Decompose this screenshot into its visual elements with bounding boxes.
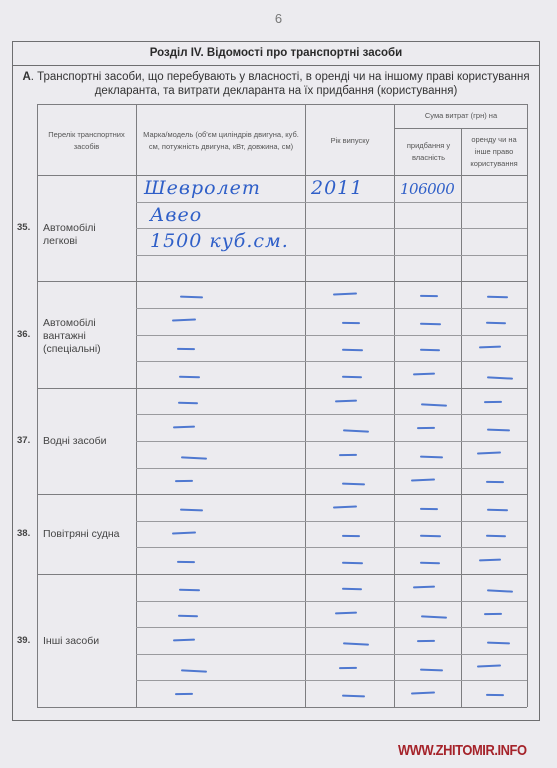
section-label: Автомобілі вантажні (спеціальні) [43, 317, 131, 356]
row-line [136, 308, 527, 309]
row-line [136, 627, 527, 628]
dash-mark [487, 376, 513, 379]
row-line [136, 654, 527, 655]
dash-mark [420, 616, 446, 619]
dash-mark [486, 535, 506, 537]
vehicles-table: Перелік транспортних засобів Марка/модел… [37, 104, 527, 708]
handwritten-year: 2011 [311, 177, 363, 199]
dash-mark [484, 400, 502, 402]
row-line [136, 441, 527, 442]
dash-mark [181, 669, 207, 672]
dash-mark [179, 296, 202, 299]
dash-mark [486, 296, 507, 299]
dash-mark [172, 319, 196, 322]
dash-mark [342, 562, 363, 565]
dash-mark [420, 295, 438, 297]
section-number: 37. [17, 435, 30, 446]
header-year: Рік випуску [307, 108, 393, 174]
dash-mark [175, 480, 193, 482]
dash-mark [335, 612, 357, 615]
dash-mark [178, 588, 199, 591]
handwritten-model: Авео [150, 204, 202, 226]
handwritten-model: 1500 куб.см. [150, 230, 289, 252]
dash-mark [486, 508, 507, 511]
row-line [136, 521, 527, 522]
row-line [136, 202, 527, 203]
dash-mark [339, 454, 357, 456]
dash-mark [487, 589, 513, 592]
dash-mark [486, 694, 504, 696]
dash-mark [413, 585, 435, 588]
dash-mark [342, 695, 365, 698]
section-number: 36. [17, 329, 30, 340]
dash-mark [173, 426, 195, 429]
dash-mark [479, 559, 501, 562]
dash-mark [178, 615, 198, 617]
subsection-line-2: декларанта, та витрати декларанта на їх … [13, 84, 539, 98]
dash-mark [333, 505, 357, 508]
handwritten-model: Шевролет [144, 177, 261, 199]
dash-mark [420, 668, 443, 671]
header-expenses-group: Сума витрат (грн) на [395, 104, 527, 128]
dash-mark [342, 482, 365, 485]
dash-mark [420, 403, 446, 406]
section-label: Інші засоби [43, 635, 131, 648]
column-line [136, 104, 137, 707]
header-type: Перелік транспортних засобів [39, 108, 134, 174]
dash-mark [420, 535, 441, 538]
site-watermark: WWW.ZHITOMIR.INFO [398, 742, 527, 759]
dash-mark [420, 508, 438, 510]
row-line [136, 414, 527, 415]
section-line [37, 494, 527, 495]
subsection-letter: А [22, 71, 30, 83]
dash-mark [339, 666, 357, 668]
header-model: Марка/модель (об'єм циліндрів двигуна, к… [141, 108, 301, 174]
dash-mark [420, 322, 441, 325]
column-line [305, 104, 306, 707]
section-line [37, 281, 527, 282]
dash-mark [172, 532, 196, 535]
dash-mark [420, 349, 440, 351]
table-border-top [37, 104, 527, 105]
dash-mark [342, 430, 368, 433]
section-number: 38. [17, 528, 30, 539]
section-line [37, 707, 527, 708]
column-line [461, 128, 462, 707]
declaration-section-box: Розділ IV. Відомості про транспортні зас… [12, 41, 540, 721]
dash-mark [486, 481, 504, 483]
dash-mark [342, 322, 360, 324]
dash-mark [487, 642, 510, 645]
dash-mark [181, 456, 207, 459]
dash-mark [177, 561, 195, 563]
dash-mark [342, 534, 360, 536]
section-number: 39. [17, 635, 30, 646]
section-label: Повітряні судна [43, 528, 131, 541]
dash-mark [177, 348, 195, 350]
dash-mark [420, 456, 443, 459]
row-line [136, 680, 527, 681]
dash-mark [411, 478, 435, 481]
dash-mark [417, 427, 435, 429]
subsection-line-1: . Транспортні засоби, що перебувають у в… [31, 71, 530, 83]
dash-mark [342, 349, 363, 352]
dash-mark [417, 640, 435, 642]
dash-mark [420, 561, 440, 563]
dash-mark [175, 693, 193, 695]
dash-mark [335, 399, 357, 402]
row-line [136, 468, 527, 469]
handwritten-purchase: 106000 [400, 180, 454, 198]
section-title: Розділ IV. Відомості про транспортні зас… [13, 42, 539, 66]
column-line [527, 104, 528, 707]
section-label: Автомобілі легкові [43, 222, 131, 248]
section-number: 35. [17, 222, 30, 233]
row-line [136, 228, 527, 229]
row-line [136, 255, 527, 256]
dash-mark [477, 665, 501, 668]
header-rent: оренду чи на інше право користування [463, 130, 525, 174]
section-line [37, 388, 527, 389]
row-line [136, 601, 527, 602]
row-line [136, 547, 527, 548]
dash-mark [342, 588, 362, 590]
dash-mark [413, 373, 435, 376]
column-line [37, 104, 38, 707]
section-line [37, 574, 527, 575]
dash-mark [178, 402, 198, 404]
dash-mark [333, 292, 357, 295]
row-line [136, 361, 527, 362]
section-label: Водні засоби [43, 435, 131, 448]
dash-mark [342, 642, 368, 645]
header-purchase: придбання у власність [401, 130, 456, 174]
dash-mark [178, 375, 199, 378]
subsection-heading: А. Транспортні засоби, що перебувають у … [13, 70, 539, 98]
dash-mark [479, 346, 501, 349]
page-number: 6 [0, 11, 557, 26]
dash-mark [179, 509, 202, 512]
dash-mark [411, 691, 435, 694]
dash-mark [484, 613, 502, 615]
dash-mark [342, 375, 362, 377]
header-bottom-line [37, 175, 527, 176]
column-line [394, 104, 395, 707]
dash-mark [477, 452, 501, 455]
dash-mark [173, 639, 195, 642]
row-line [136, 335, 527, 336]
dash-mark [486, 322, 506, 324]
dash-mark [487, 429, 510, 432]
